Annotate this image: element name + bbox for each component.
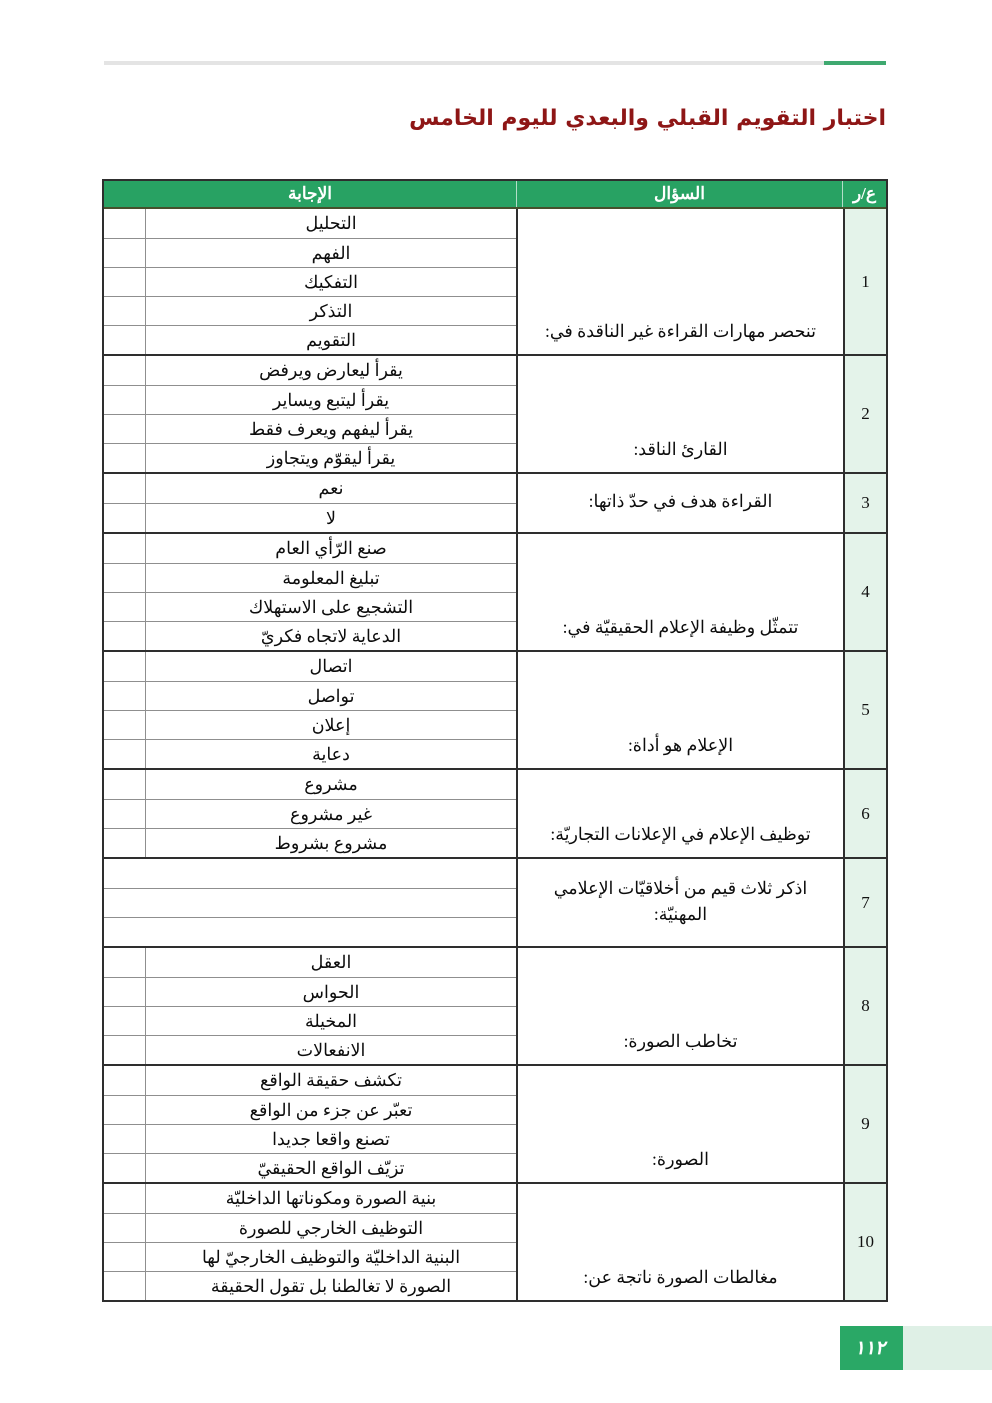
answer-row: غير مشروع (104, 799, 516, 828)
assessment-table: ع/ر السؤال الإجابة 1 تنحصر مهارات القراء… (102, 179, 888, 1302)
answer-option: دعاية (146, 740, 516, 768)
answer-row: العقل (104, 948, 516, 977)
answer-checkbox[interactable] (104, 326, 146, 354)
answer-row: تواصل (104, 681, 516, 710)
question-number: 8 (843, 948, 886, 1064)
answer-group: يقرأ ليعارض ويرفض يقرأ ليتبع ويساير يقرأ… (104, 356, 516, 472)
page-title: اختبار التقويم القبلي والبعدي لليوم الخا… (409, 106, 886, 131)
answer-option: اتصال (146, 652, 516, 681)
answer-checkbox[interactable] (104, 1096, 146, 1124)
answer-option: تصنع واقعا جديدا (146, 1125, 516, 1153)
answer-group: صنع الرّأي العام تبليغ المعلومة التشجيع … (104, 534, 516, 650)
divider-rule-accent (824, 61, 886, 65)
answer-checkbox[interactable] (104, 268, 146, 296)
question-text: الإعلام هو أداة: (516, 652, 843, 768)
question-text: مغالطات الصورة ناتجة عن: (516, 1184, 843, 1300)
question-number: 1 (843, 209, 886, 354)
answer-option: الصورة لا تغالطنا بل تقول الحقيقة (146, 1272, 516, 1300)
answer-checkbox[interactable] (104, 386, 146, 414)
answer-option: نعم (146, 474, 516, 503)
answer-option: الفهم (146, 239, 516, 267)
question-row: 1 تنحصر مهارات القراءة غير الناقدة في: ا… (104, 209, 886, 354)
answer-checkbox[interactable] (104, 978, 146, 1006)
answer-group: العقل الحواس المخيلة الانفعالات (104, 948, 516, 1064)
answer-row: الدعاية لاتجاه فكريّ (104, 621, 516, 650)
answer-option: تعبّر عن جزء من الواقع (146, 1096, 516, 1124)
answer-option: التقويم (146, 326, 516, 354)
answer-row (104, 859, 516, 888)
page-number-badge: ١١٢ (840, 1326, 903, 1370)
question-row: 8 تخاطب الصورة: العقل الحواس المخيلة الا… (104, 946, 886, 1064)
answer-row: إعلان (104, 710, 516, 739)
answer-option: التشجيع على الاستهلاك (146, 593, 516, 621)
question-text: القراءة هدف في حدّ ذاتها: (516, 474, 843, 532)
answer-option: تزيّف الواقع الحقيقيّ (146, 1154, 516, 1182)
answer-row: الحواس (104, 977, 516, 1006)
answer-checkbox[interactable] (104, 829, 146, 857)
question-text: القارئ الناقد: (516, 356, 843, 472)
answer-checkbox[interactable] (104, 1066, 146, 1095)
answer-blank[interactable] (104, 889, 516, 917)
question-row: 3 القراءة هدف في حدّ ذاتها: نعم لا (104, 472, 886, 532)
answer-checkbox[interactable] (104, 682, 146, 710)
question-number: 7 (843, 859, 886, 946)
answer-option: لا (146, 504, 516, 532)
answer-row: التقويم (104, 325, 516, 354)
answer-row: اتصال (104, 652, 516, 681)
answer-option: غير مشروع (146, 800, 516, 828)
answer-option: تبليغ المعلومة (146, 564, 516, 592)
answer-option: تواصل (146, 682, 516, 710)
answer-row: بنية الصورة ومكوناتها الداخليّة (104, 1184, 516, 1213)
answer-option: الدعاية لاتجاه فكريّ (146, 622, 516, 650)
answer-option: البنية الداخليّة والتوظيف الخارجيّ لها (146, 1243, 516, 1271)
answer-group: بنية الصورة ومكوناتها الداخليّة التوظيف … (104, 1184, 516, 1300)
answer-checkbox[interactable] (104, 1243, 146, 1271)
answer-group: نعم لا (104, 474, 516, 532)
question-number: 4 (843, 534, 886, 650)
answer-checkbox[interactable] (104, 534, 146, 563)
answer-checkbox[interactable] (104, 1154, 146, 1182)
divider-rule (104, 61, 886, 65)
question-number: 3 (843, 474, 886, 532)
question-row: 4 تتمثّل وظيفة الإعلام الحقيقيّة في: صنع… (104, 532, 886, 650)
answer-checkbox[interactable] (104, 239, 146, 267)
answer-row: تعبّر عن جزء من الواقع (104, 1095, 516, 1124)
question-row: 2 القارئ الناقد: يقرأ ليعارض ويرفض يقرأ … (104, 354, 886, 472)
answer-checkbox[interactable] (104, 415, 146, 443)
answer-row: مشروع (104, 770, 516, 799)
answer-checkbox[interactable] (104, 1184, 146, 1213)
question-text: تنحصر مهارات القراءة غير الناقدة في: (516, 209, 843, 354)
answer-row: تزيّف الواقع الحقيقيّ (104, 1153, 516, 1182)
answer-checkbox[interactable] (104, 1125, 146, 1153)
answer-option: التحليل (146, 209, 516, 238)
answer-checkbox[interactable] (104, 593, 146, 621)
question-row: 9 الصورة: تكشف حقيقة الواقع تعبّر عن جزء… (104, 1064, 886, 1182)
answer-group: اتصال تواصل إعلان دعاية (104, 652, 516, 768)
question-text: الصورة: (516, 1066, 843, 1182)
question-number: 6 (843, 770, 886, 857)
answer-checkbox[interactable] (104, 1214, 146, 1242)
answer-row (104, 888, 516, 917)
question-text: اذكر ثلاث قيم من أخلاقيّات الإعلامي المه… (516, 859, 843, 946)
answer-row: التشجيع على الاستهلاك (104, 592, 516, 621)
question-text: توظيف الإعلام في الإعلانات التجاريّة: (516, 770, 843, 857)
question-row: 10 مغالطات الصورة ناتجة عن: بنية الصورة … (104, 1182, 886, 1300)
answer-group: مشروع غير مشروع مشروع بشروط (104, 770, 516, 857)
answer-option: الانفعالات (146, 1036, 516, 1064)
answer-checkbox[interactable] (104, 444, 146, 472)
answer-checkbox[interactable] (104, 652, 146, 681)
answer-option: تكشف حقيقة الواقع (146, 1066, 516, 1095)
answer-option: بنية الصورة ومكوناتها الداخليّة (146, 1184, 516, 1213)
answer-checkbox[interactable] (104, 1272, 146, 1300)
column-header-number: ع/ر (843, 181, 886, 207)
question-row: 7 اذكر ثلاث قيم من أخلاقيّات الإعلامي ال… (104, 857, 886, 946)
answer-option: إعلان (146, 711, 516, 739)
answer-row: البنية الداخليّة والتوظيف الخارجيّ لها (104, 1242, 516, 1271)
answer-checkbox[interactable] (104, 474, 146, 503)
answer-row: مشروع بشروط (104, 828, 516, 857)
answer-blank[interactable] (104, 859, 516, 888)
question-number: 9 (843, 1066, 886, 1182)
answer-option: مشروع (146, 770, 516, 799)
answer-group: تكشف حقيقة الواقع تعبّر عن جزء من الواقع… (104, 1066, 516, 1182)
answer-row: نعم (104, 474, 516, 503)
answer-option: يقرأ ليقوّم ويتجاوز (146, 444, 516, 472)
answer-row: التحليل (104, 209, 516, 238)
document-page: اختبار التقويم القبلي والبعدي لليوم الخا… (0, 0, 992, 1403)
answer-option: صنع الرّأي العام (146, 534, 516, 563)
answer-row: يقرأ ليفهم ويعرف فقط (104, 414, 516, 443)
page-number-tail (903, 1326, 992, 1370)
answer-row (104, 917, 516, 946)
answer-row: يقرأ ليتبع ويساير (104, 385, 516, 414)
answer-row: صنع الرّأي العام (104, 534, 516, 563)
question-number: 10 (843, 1184, 886, 1300)
answer-row: التذكر (104, 296, 516, 325)
answer-row: تبليغ المعلومة (104, 563, 516, 592)
answer-row: يقرأ ليقوّم ويتجاوز (104, 443, 516, 472)
answer-row: الصورة لا تغالطنا بل تقول الحقيقة (104, 1271, 516, 1300)
answer-option: يقرأ ليتبع ويساير (146, 386, 516, 414)
answer-option: مشروع بشروط (146, 829, 516, 857)
question-row: 6 توظيف الإعلام في الإعلانات التجاريّة: … (104, 768, 886, 857)
answer-checkbox[interactable] (104, 504, 146, 532)
question-text: تتمثّل وظيفة الإعلام الحقيقيّة في: (516, 534, 843, 650)
answer-checkbox[interactable] (104, 800, 146, 828)
answer-checkbox[interactable] (104, 740, 146, 768)
column-header-question: السؤال (516, 181, 843, 207)
answer-option: الحواس (146, 978, 516, 1006)
answer-row: المخيلة (104, 1006, 516, 1035)
column-header-answer: الإجابة (104, 181, 516, 207)
answer-row: لا (104, 503, 516, 532)
answer-checkbox[interactable] (104, 1036, 146, 1064)
answer-row: الفهم (104, 238, 516, 267)
question-number: 5 (843, 652, 886, 768)
question-number: 2 (843, 356, 886, 472)
answer-checkbox[interactable] (104, 948, 146, 977)
answer-row: يقرأ ليعارض ويرفض (104, 356, 516, 385)
answer-option: التذكر (146, 297, 516, 325)
answer-checkbox[interactable] (104, 770, 146, 799)
answer-option: العقل (146, 948, 516, 977)
answer-blank[interactable] (104, 918, 516, 946)
answer-row: الانفعالات (104, 1035, 516, 1064)
answer-checkbox[interactable] (104, 564, 146, 592)
answer-option: يقرأ ليفهم ويعرف فقط (146, 415, 516, 443)
answer-row: التفكيك (104, 267, 516, 296)
answer-option: التوظيف الخارجي للصورة (146, 1214, 516, 1242)
answer-row: التوظيف الخارجي للصورة (104, 1213, 516, 1242)
answer-group (104, 859, 516, 946)
table-header-row: ع/ر السؤال الإجابة (104, 181, 886, 209)
answer-checkbox[interactable] (104, 297, 146, 325)
answer-row: تكشف حقيقة الواقع (104, 1066, 516, 1095)
question-text: تخاطب الصورة: (516, 948, 843, 1064)
question-row: 5 الإعلام هو أداة: اتصال تواصل إعلان دعا… (104, 650, 886, 768)
answer-row: دعاية (104, 739, 516, 768)
answer-checkbox[interactable] (104, 209, 146, 238)
answer-checkbox[interactable] (104, 622, 146, 650)
page-number: ١١٢ (854, 1337, 890, 1360)
answer-option: التفكيك (146, 268, 516, 296)
answer-checkbox[interactable] (104, 1007, 146, 1035)
answer-row: تصنع واقعا جديدا (104, 1124, 516, 1153)
answer-checkbox[interactable] (104, 711, 146, 739)
answer-option: المخيلة (146, 1007, 516, 1035)
answer-group: التحليل الفهم التفكيك التذكر التقويم (104, 209, 516, 354)
answer-option: يقرأ ليعارض ويرفض (146, 356, 516, 385)
answer-checkbox[interactable] (104, 356, 146, 385)
